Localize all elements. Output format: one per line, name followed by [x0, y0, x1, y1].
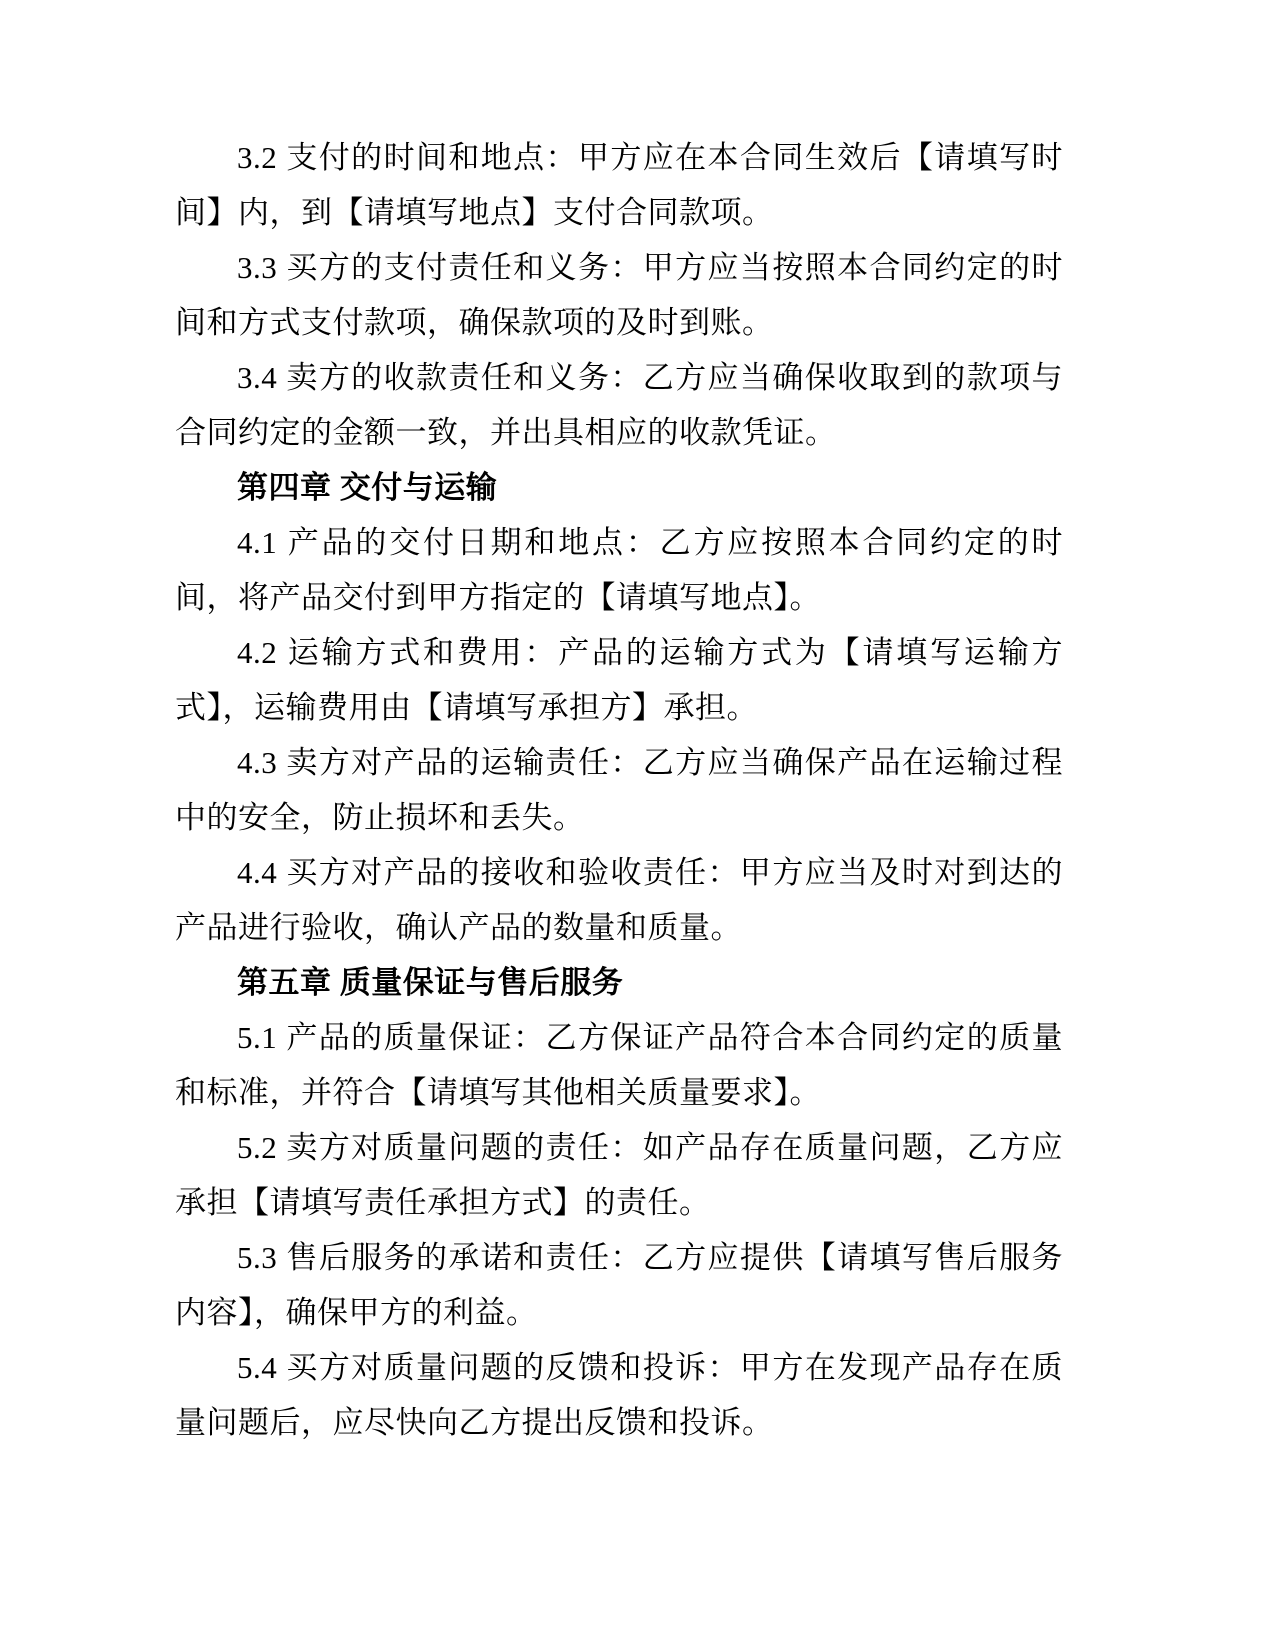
clause-5-2: 5.2 卖方对质量问题的责任：如产品存在质量问题，乙方应承担【请填写责任承担方式…	[175, 1120, 1063, 1230]
clause-3-4: 3.4 卖方的收款责任和义务：乙方应当确保收取到的款项与合同约定的金额一致，并出…	[175, 350, 1063, 460]
chapter-5-heading: 第五章 质量保证与售后服务	[175, 955, 1063, 1010]
clause-4-3: 4.3 卖方对产品的运输责任：乙方应当确保产品在运输过程中的安全，防止损坏和丢失…	[175, 735, 1063, 845]
clause-5-4: 5.4 买方对质量问题的反馈和投诉：甲方在发现产品存在质量问题后，应尽快向乙方提…	[175, 1340, 1063, 1450]
clause-5-3: 5.3 售后服务的承诺和责任：乙方应提供【请填写售后服务内容】，确保甲方的利益。	[175, 1230, 1063, 1340]
clause-4-4: 4.4 买方对产品的接收和验收责任：甲方应当及时对到达的产品进行验收，确认产品的…	[175, 845, 1063, 955]
clause-5-1: 5.1 产品的质量保证：乙方保证产品符合本合同约定的质量和标准，并符合【请填写其…	[175, 1010, 1063, 1120]
clause-3-2: 3.2 支付的时间和地点：甲方应在本合同生效后【请填写时间】内，到【请填写地点】…	[175, 130, 1063, 240]
clause-3-3: 3.3 买方的支付责任和义务：甲方应当按照本合同约定的时间和方式支付款项，确保款…	[175, 240, 1063, 350]
clause-4-1: 4.1 产品的交付日期和地点：乙方应按照本合同约定的时间，将产品交付到甲方指定的…	[175, 515, 1063, 625]
chapter-4-heading: 第四章 交付与运输	[175, 460, 1063, 515]
document-page: 3.2 支付的时间和地点：甲方应在本合同生效后【请填写时间】内，到【请填写地点】…	[0, 0, 1275, 1650]
clause-4-2: 4.2 运输方式和费用：产品的运输方式为【请填写运输方式】，运输费用由【请填写承…	[175, 625, 1063, 735]
contract-body: 3.2 支付的时间和地点：甲方应在本合同生效后【请填写时间】内，到【请填写地点】…	[175, 130, 1063, 1450]
